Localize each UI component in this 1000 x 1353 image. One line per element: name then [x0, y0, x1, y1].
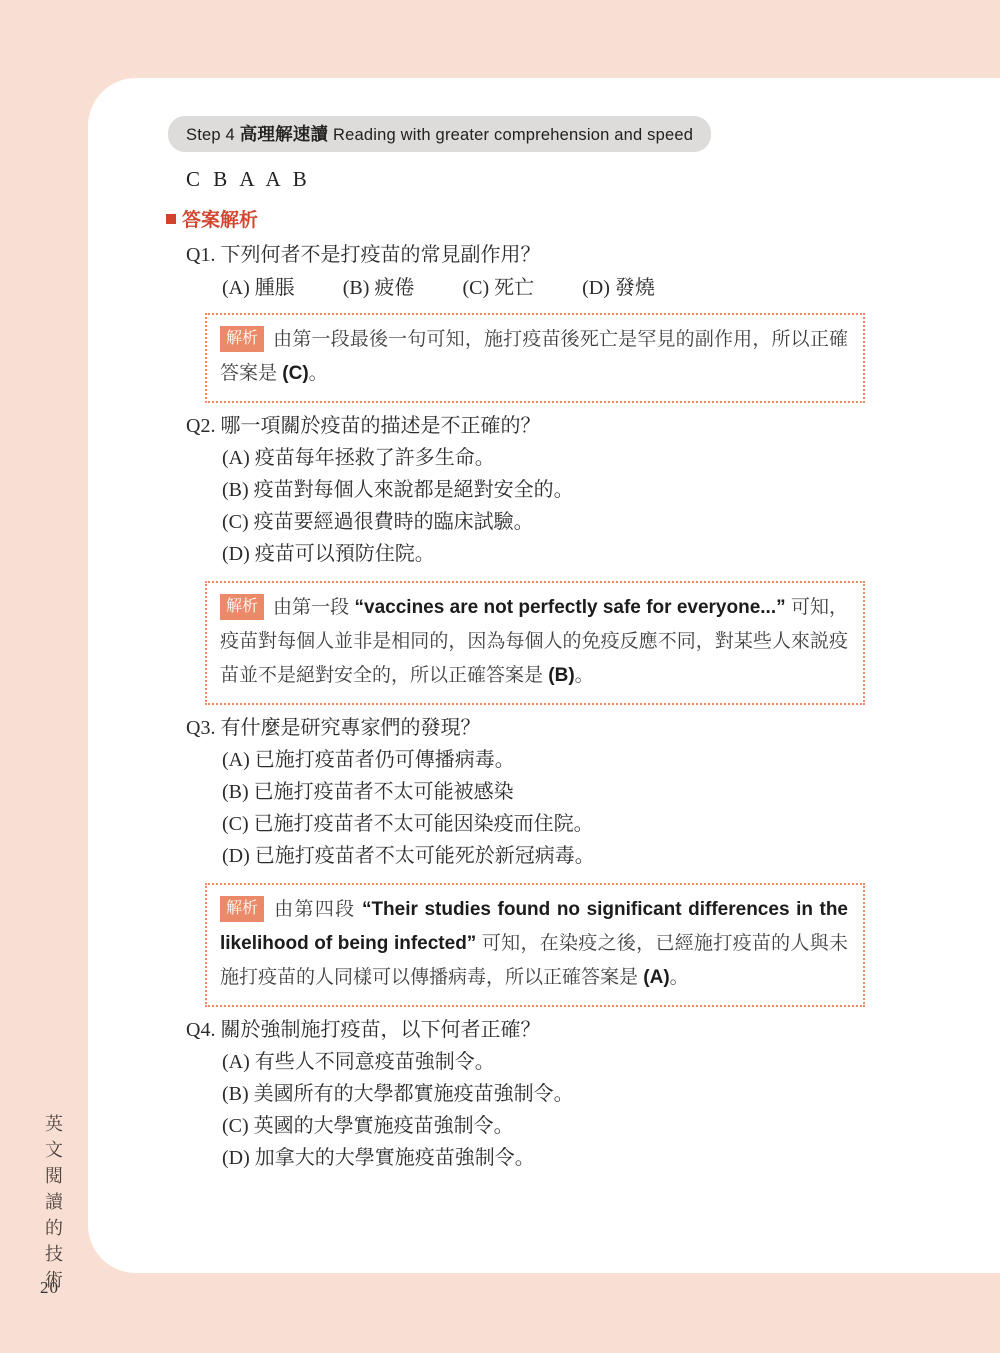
option-a: (A) 腫脹: [222, 274, 295, 302]
question-body: 有什麼是研究專家們的發現？: [215, 717, 480, 739]
quoted-english: “vaccines are not perfectly safe for eve…: [355, 597, 786, 618]
option-d: (D) 加拿大的大學實施疫苗強制令。: [222, 1142, 884, 1174]
analysis-text: 由第四段: [273, 899, 362, 920]
page-content: Step 4 高理解速讀 Reading with greater compre…: [168, 116, 884, 1174]
question-1: Q1. 下列何者不是打疫苗的常見副作用？ (A) 腫脹 (B) 疲倦 (C) 死…: [168, 241, 884, 302]
section-title: 答案解析: [182, 205, 258, 232]
analysis-badge: 解析: [220, 326, 264, 352]
options-list: (A) 已施打疫苗者仍可傳播病毒。 (B) 已施打疫苗者不太可能被感染 (C) …: [222, 744, 884, 872]
analysis-text-end: 。: [575, 665, 594, 686]
option-b: (B) 美國所有的大學都實施疫苗強制令。: [222, 1078, 884, 1110]
options-list: (A) 疫苗每年拯救了許多生命。 (B) 疫苗對每個人來說都是絕對安全的。 (C…: [222, 442, 884, 570]
option-c: (C) 疫苗要經過很費時的臨床試驗。: [222, 506, 884, 538]
option-c: (C) 死亡: [462, 274, 534, 302]
answer-letter: (A): [643, 967, 669, 988]
option-b: (B) 疲倦: [343, 274, 415, 302]
analysis-box-q2: 解析由第一段 “vaccines are not perfectly safe …: [205, 581, 865, 705]
step-title-chinese: 高理解速讀: [240, 124, 329, 144]
option-d: (D) 已施打疫苗者不太可能死於新冠病毒。: [222, 840, 884, 872]
question-number: Q1.: [186, 244, 215, 266]
question-text: Q4. 關於強制施打疫苗，以下何者正確？: [186, 1016, 884, 1044]
option-c: (C) 英國的大學實施疫苗強制令。: [222, 1110, 884, 1142]
question-number: Q2.: [186, 415, 215, 437]
answer-letter: (B): [548, 665, 574, 686]
analysis-text: 由第一段: [273, 597, 355, 618]
option-c: (C) 已施打疫苗者不太可能因染疫而住院。: [222, 808, 884, 840]
question-body: 哪一項關於疫苗的描述是不正確的？: [215, 415, 540, 437]
step-label: Step 4: [186, 126, 240, 144]
analysis-badge: 解析: [220, 896, 264, 922]
book-title-vertical: 英文閱讀的技術: [40, 1114, 66, 1296]
question-text: Q3. 有什麼是研究專家們的發現？: [186, 714, 884, 742]
options-row: (A) 腫脹 (B) 疲倦 (C) 死亡 (D) 發燒: [222, 274, 884, 302]
analysis-text-end: 。: [670, 967, 689, 988]
analysis-text-end: 。: [309, 363, 328, 384]
analysis-box-q3: 解析由第四段 “Their studies found no significa…: [205, 883, 865, 1007]
analysis-box-q1: 解析由第一段最後一句可知，施打疫苗後死亡是罕見的副作用，所以正確答案是 (C)。: [205, 313, 865, 403]
analysis-badge: 解析: [220, 594, 264, 620]
option-d: (D) 發燒: [582, 274, 655, 302]
question-body: 下列何者不是打疫苗的常見副作用？: [215, 244, 540, 266]
question-number: Q4.: [186, 1019, 215, 1041]
option-d: (D) 疫苗可以預防住院。: [222, 538, 884, 570]
option-b: (B) 已施打疫苗者不太可能被感染: [222, 776, 884, 808]
square-bullet-icon: [166, 214, 176, 224]
answer-key: C B A A B: [186, 167, 884, 192]
option-a: (A) 有些人不同意疫苗強制令。: [222, 1046, 884, 1078]
question-body: 關於強制施打疫苗，以下何者正確？: [215, 1019, 540, 1041]
page-panel: Step 4 高理解速讀 Reading with greater compre…: [88, 78, 1000, 1273]
question-number: Q3.: [186, 717, 215, 739]
step-title-english: Reading with greater comprehension and s…: [328, 126, 693, 144]
answer-letter: (C): [282, 363, 308, 384]
section-heading: 答案解析: [166, 205, 884, 232]
option-b: (B) 疫苗對每個人來說都是絕對安全的。: [222, 474, 884, 506]
option-a: (A) 疫苗每年拯救了許多生命。: [222, 442, 884, 474]
question-4: Q4. 關於強制施打疫苗，以下何者正確？ (A) 有些人不同意疫苗強制令。 (B…: [168, 1016, 884, 1174]
options-list: (A) 有些人不同意疫苗強制令。 (B) 美國所有的大學都實施疫苗強制令。 (C…: [222, 1046, 884, 1174]
step-header-pill: Step 4 高理解速讀 Reading with greater compre…: [168, 116, 711, 152]
page-number: 20: [40, 1278, 59, 1298]
option-a: (A) 已施打疫苗者仍可傳播病毒。: [222, 744, 884, 776]
question-2: Q2. 哪一項關於疫苗的描述是不正確的？ (A) 疫苗每年拯救了許多生命。 (B…: [168, 412, 884, 570]
question-text: Q1. 下列何者不是打疫苗的常見副作用？: [186, 241, 884, 269]
question-text: Q2. 哪一項關於疫苗的描述是不正確的？: [186, 412, 884, 440]
question-3: Q3. 有什麼是研究專家們的發現？ (A) 已施打疫苗者仍可傳播病毒。 (B) …: [168, 714, 884, 872]
